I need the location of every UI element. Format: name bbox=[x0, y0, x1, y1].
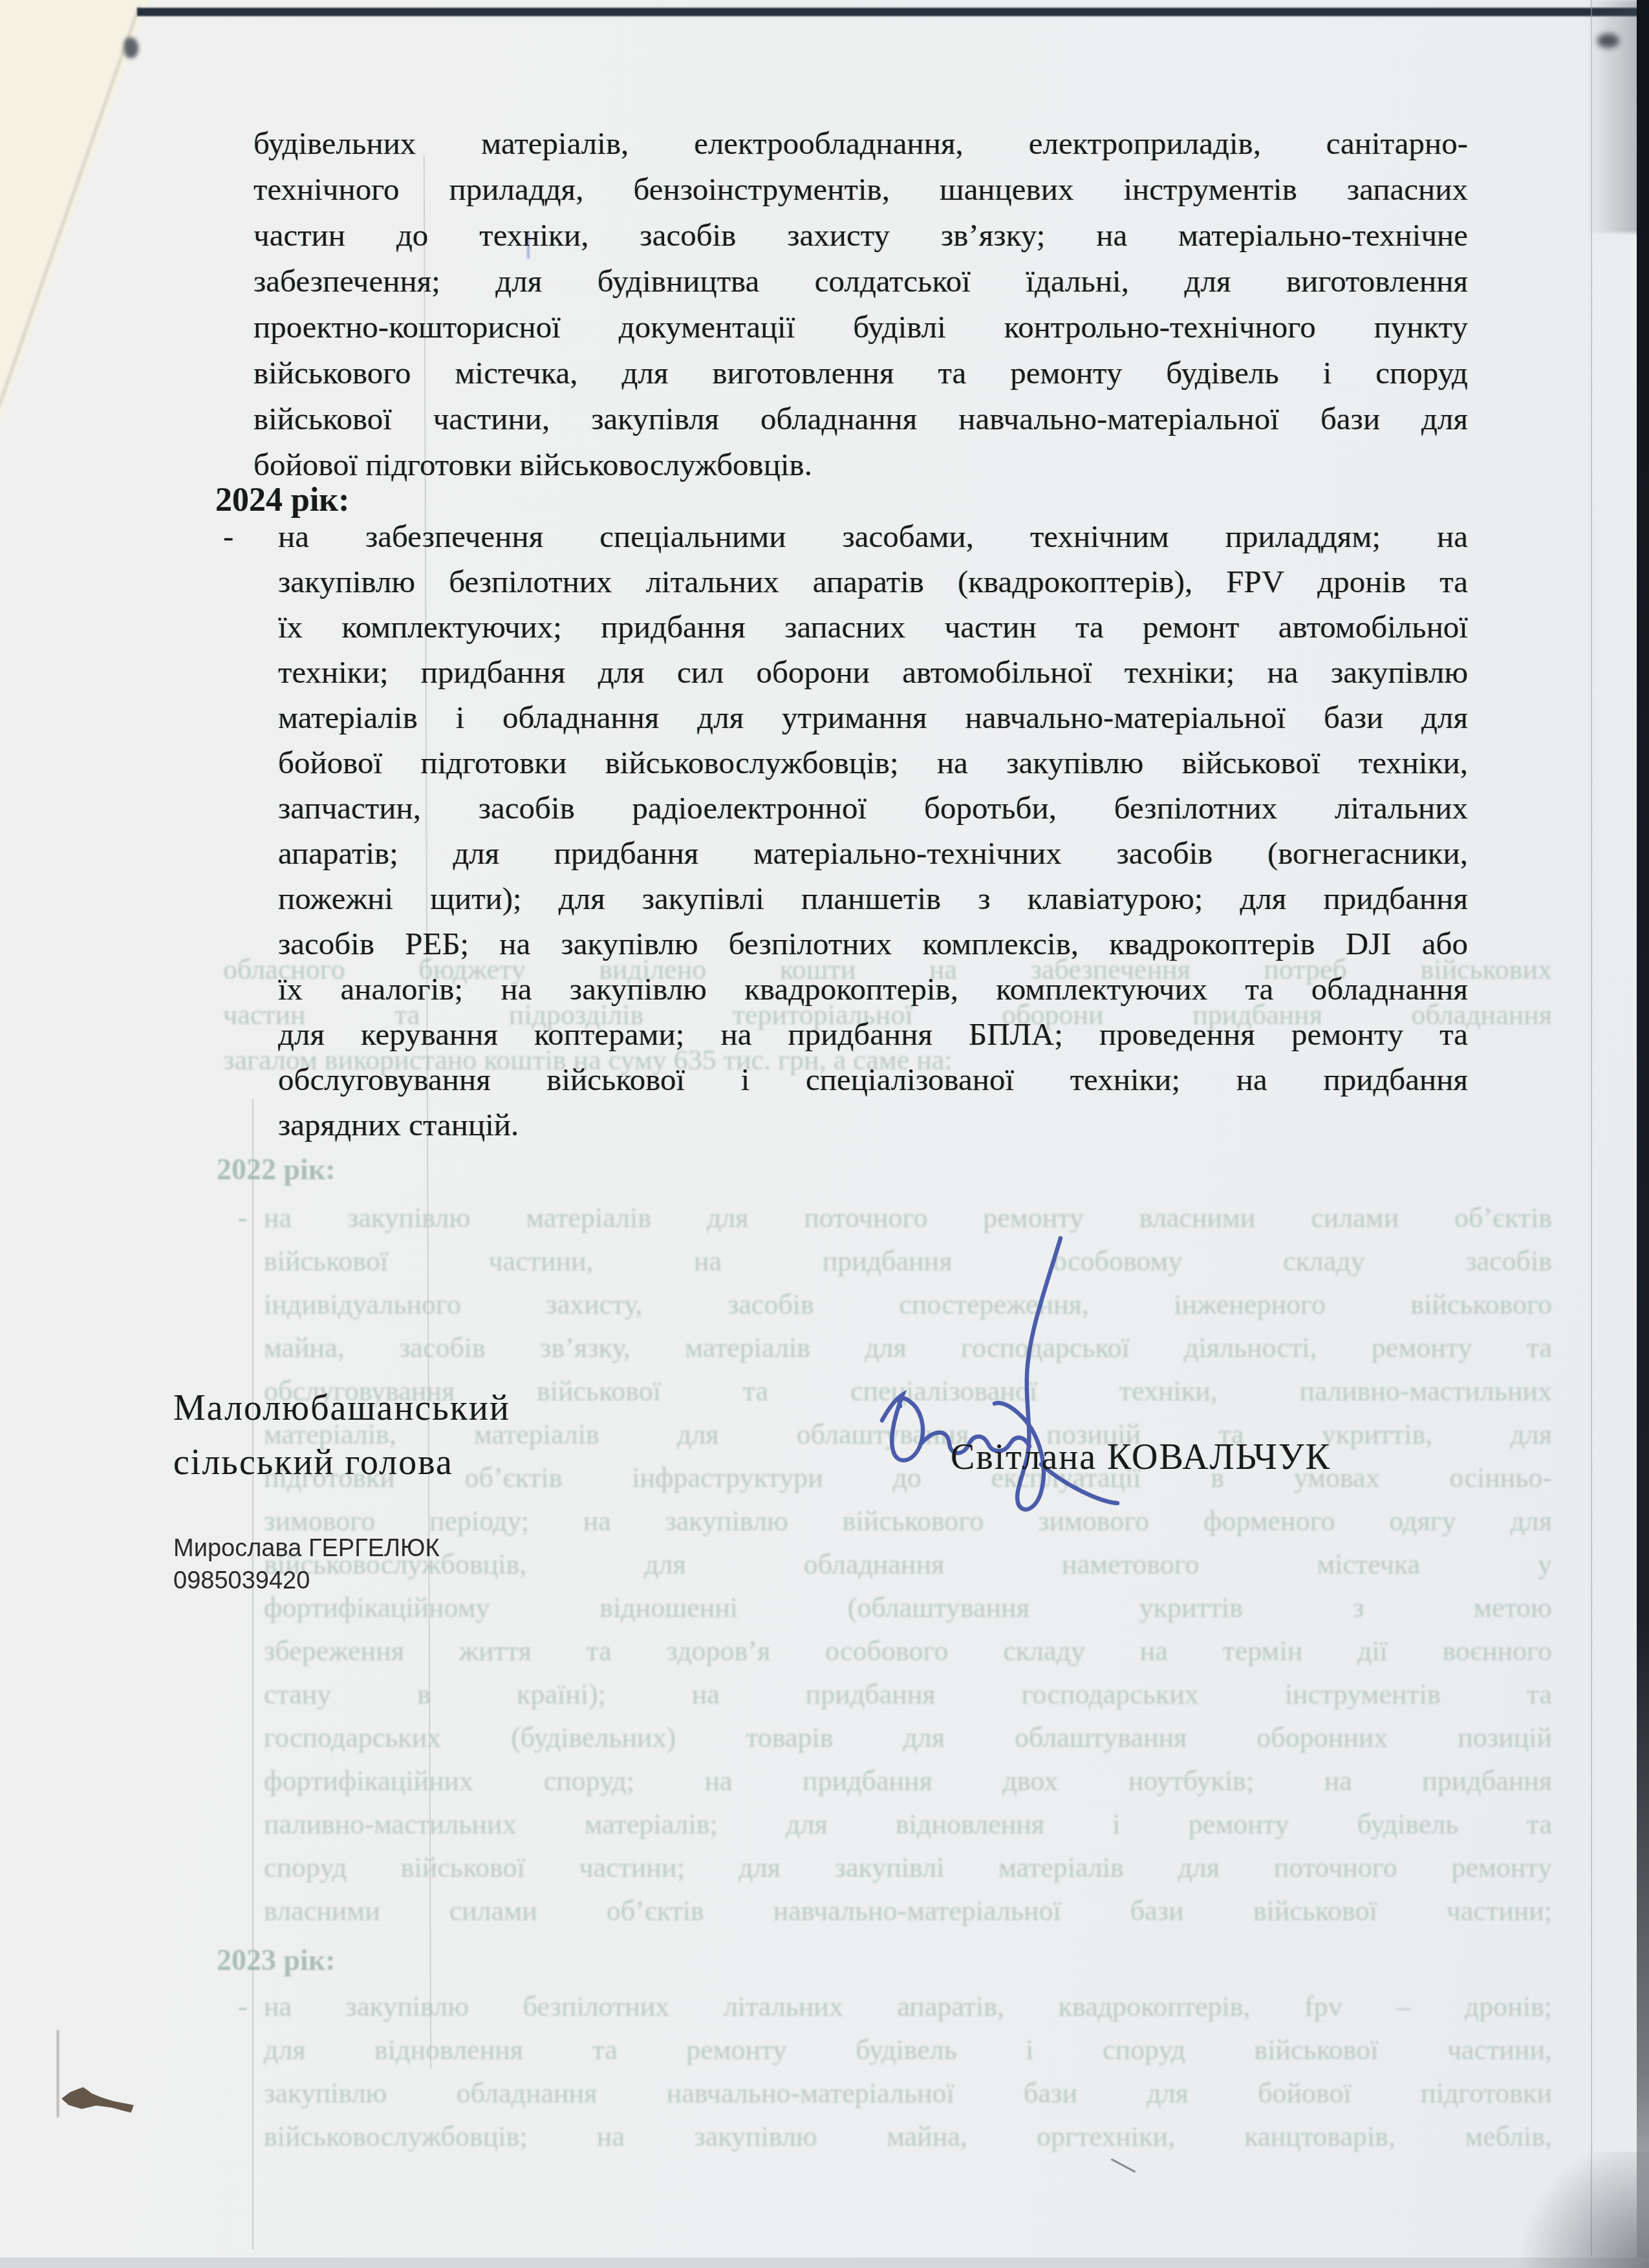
scan-top-edge-strip bbox=[137, 8, 1649, 16]
bleedthrough-line: споруд військової частини; для закупівлі… bbox=[264, 1846, 1552, 1889]
bottom-right-shadow bbox=[1507, 2152, 1649, 2268]
paragraph-line: забезпечення; для будівництва солдатсько… bbox=[253, 258, 1468, 304]
list-line: матеріалів і обладнання для утримання на… bbox=[278, 695, 1468, 740]
list-line: їх комплектуючих; придбання запасних час… bbox=[278, 604, 1468, 650]
bleedthrough-line: власними силами об’єктів навчально-матер… bbox=[264, 1889, 1552, 1932]
expense-list-2024: на забезпечення спеціальними засобами, т… bbox=[278, 514, 1468, 1148]
bleedthrough-line: господарських (будівельних) товарів для … bbox=[264, 1716, 1552, 1759]
list-line: обслуговування військової і спеціалізова… bbox=[278, 1057, 1468, 1102]
bleedthrough-bullet: - bbox=[238, 1196, 248, 1239]
scan-right-edge-strip bbox=[1637, 0, 1649, 2258]
list-line: для керування коптерами; на придбання БП… bbox=[278, 1012, 1468, 1057]
list-line: запчастин, засобів радіоелектронної боро… bbox=[278, 786, 1468, 831]
bleedthrough-bullet: - bbox=[238, 1985, 248, 2028]
scanned-page: обласного бюджету виділено кошти на забе… bbox=[0, 0, 1649, 2268]
paper-crease bbox=[252, 1099, 253, 2250]
scratch-mark bbox=[1111, 2158, 1136, 2172]
signer-title-line2: сільський голова bbox=[173, 1442, 453, 1483]
contact-phone: 0985039420 bbox=[173, 1567, 310, 1595]
handwritten-signature bbox=[828, 1225, 1190, 1523]
contact-name: Мирослава ГЕРГЕЛЮК bbox=[173, 1535, 440, 1563]
list-bullet: - bbox=[223, 514, 233, 559]
ink-scribble-mark bbox=[61, 2087, 134, 2113]
paragraph-line: технічного приладдя, бензоінструментів, … bbox=[253, 166, 1468, 212]
list-line: їх аналогів; на закупівлю квадрокоптерів… bbox=[278, 967, 1468, 1012]
list-line: апаратів; для придбання матеріально-техн… bbox=[278, 831, 1468, 876]
list-line: на забезпечення спеціальними засобами, т… bbox=[278, 514, 1468, 559]
list-line: техніки; придбання для сил оборони автом… bbox=[278, 650, 1468, 695]
bleedthrough-line: паливно-мастильних матеріалів; для відно… bbox=[264, 1803, 1552, 1846]
paragraph-line: бойової підготовки військовослужбовців. bbox=[253, 442, 1468, 487]
bleedthrough-line: закупівлю обладнання навчально-матеріаль… bbox=[264, 2071, 1552, 2115]
paragraph-line: будівельних матеріалів, електрообладнанн… bbox=[253, 120, 1468, 166]
bleedthrough-line: військовослужбовців; на закупівлю майна,… bbox=[264, 2115, 1552, 2158]
list-line: закупівлю безпілотних літальних апаратів… bbox=[278, 559, 1468, 604]
paragraph-line: військового містечка, для виготовлення т… bbox=[253, 350, 1468, 396]
list-line: зарядних станцій. bbox=[278, 1102, 1468, 1148]
bleedthrough-line: стану в країні); на придбання господарсь… bbox=[264, 1673, 1552, 1716]
signer-title-line1: Малолюбашанський bbox=[173, 1387, 510, 1429]
scan-bottom-edge-strip bbox=[0, 2258, 1649, 2268]
list-line: пожежні щити); для закупівлі планшетів з… bbox=[278, 876, 1468, 921]
bleedthrough-2023-list: на закупівлю безпілотних літальних апара… bbox=[264, 1985, 1552, 2158]
body-paragraph: будівельних матеріалів, електрообладнанн… bbox=[253, 120, 1468, 487]
scanner-background-wedge bbox=[0, 0, 149, 420]
smudge-mark bbox=[1597, 34, 1619, 48]
paragraph-line: військової частини, закупівля обладнання… bbox=[253, 396, 1468, 442]
bleedthrough-year-2022-heading: 2022 рік: bbox=[217, 1152, 336, 1186]
bleedthrough-line: військовослужбовців, для обладнання наме… bbox=[264, 1543, 1552, 1586]
list-line: бойової підготовки військовослужбовців; … bbox=[278, 740, 1468, 786]
paragraph-line: частин до техніки, засобів захисту зв’яз… bbox=[253, 212, 1468, 258]
paper-crease bbox=[57, 2030, 59, 2117]
paragraph-line: проектно-кошторисної документації будівл… bbox=[253, 304, 1468, 350]
list-line: засобів РЕБ; на закупівлю безпілотних ко… bbox=[278, 921, 1468, 967]
page-fold-line bbox=[1591, 0, 1592, 2256]
bleedthrough-year-2023-heading: 2023 рік: bbox=[217, 1943, 336, 1977]
bleedthrough-line: фортифікаційному відношенні (облаштуванн… bbox=[264, 1586, 1552, 1629]
signer-name: Світлана КОВАЛЬЧУК bbox=[951, 1437, 1331, 1478]
bleedthrough-line: фортифікаційних споруд; на придбання дво… bbox=[264, 1759, 1552, 1803]
corner-ink-mark bbox=[124, 37, 138, 58]
bleedthrough-line: для відновлення та ремонту будівель і сп… bbox=[264, 2028, 1552, 2071]
bleedthrough-line: на закупівлю безпілотних літальних апара… bbox=[264, 1985, 1552, 2028]
bleedthrough-line: збереження життя та здоров’я особового с… bbox=[264, 1629, 1552, 1673]
